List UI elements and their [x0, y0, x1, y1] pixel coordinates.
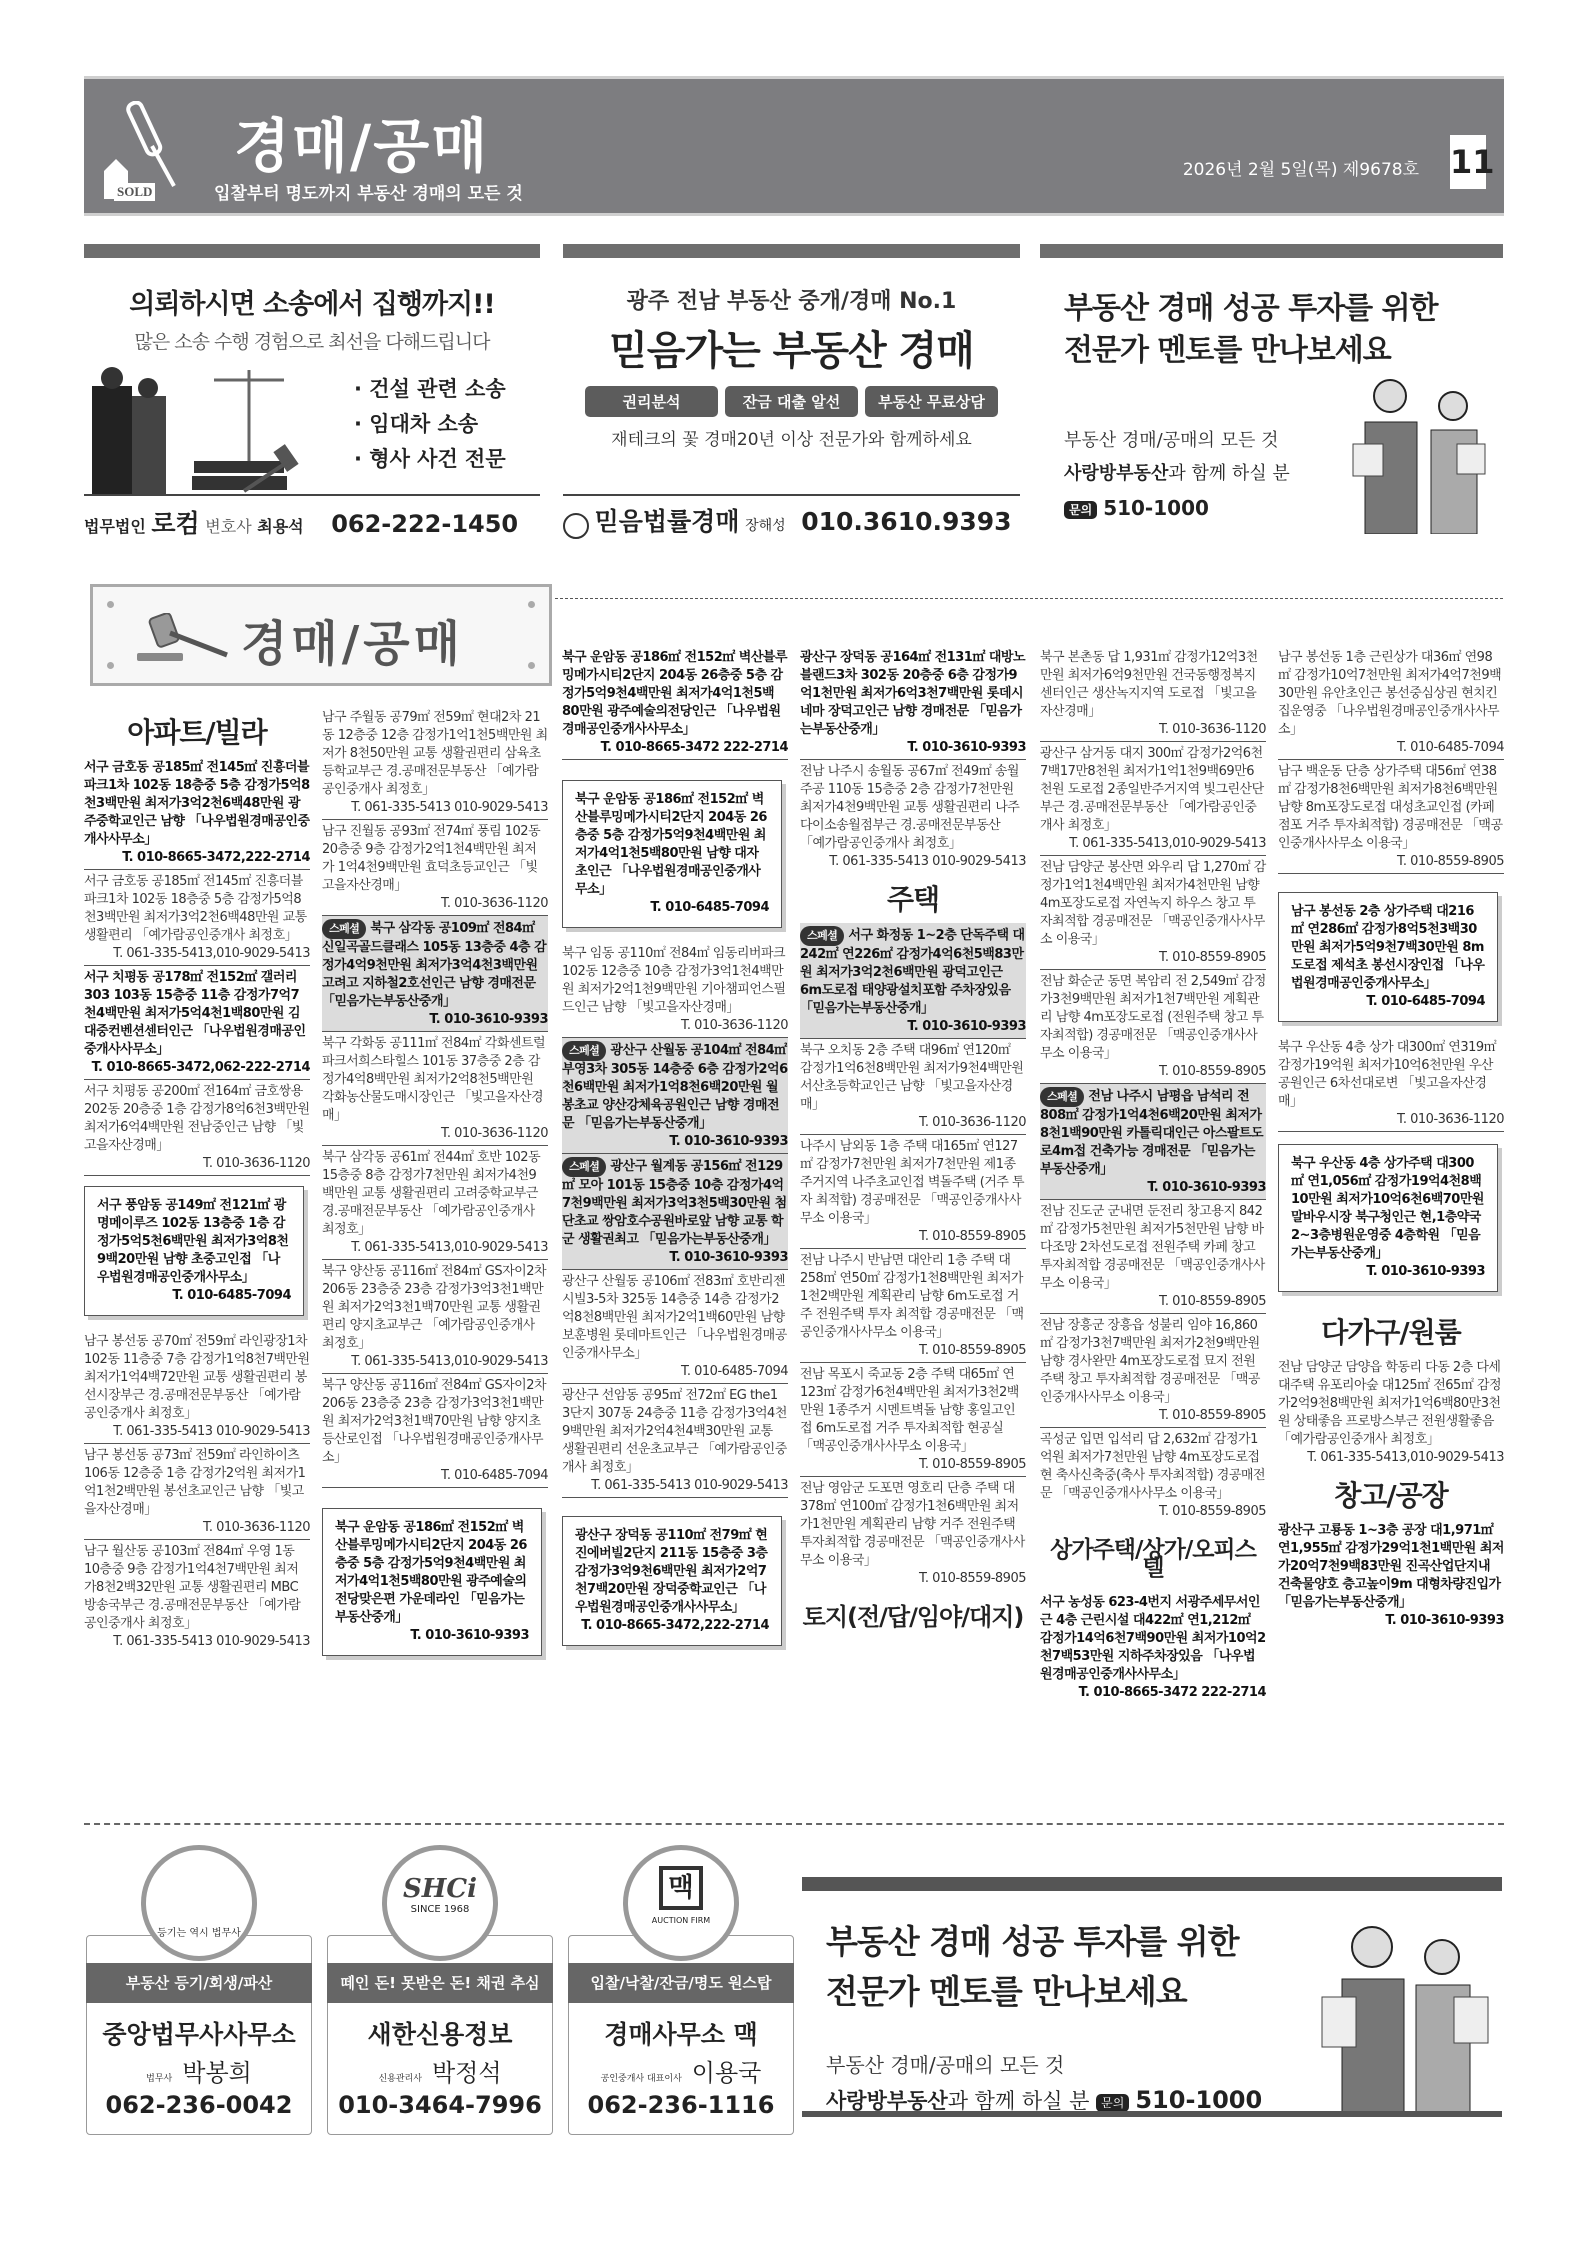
- listing-phone: T. 010-3610-9393: [800, 1018, 1026, 1036]
- boxed-listing[interactable]: 북구 운암동 공186㎡ 전152㎡ 벽산블루밍메가시티2단지 204동 26층…: [562, 780, 782, 928]
- listing-text: 광산구 장덕동 공110㎡ 전79㎡ 현진에버빌2단지 211동 15층중 3층…: [575, 1528, 767, 1615]
- listing-phone: T. 010-3636-1120: [322, 895, 548, 913]
- listing[interactable]: 남구 봉선동 공73㎡ 전59㎡ 라인하이츠 106동 12층중 1층 감정가2…: [84, 1444, 310, 1540]
- listing-text: 남구 봉선동 공73㎡ 전59㎡ 라인하이츠 106동 12층중 1층 감정가2…: [84, 1448, 305, 1517]
- listing[interactable]: 서구 치평동 공200㎡ 전164㎡ 금호쌍용 202동 20층중 1층 감정가…: [84, 1080, 310, 1176]
- listing-text: 북구 운암동 공186㎡ 전152㎡ 벽산블루밍메가시티2단지 204동 26층…: [335, 1520, 527, 1625]
- listing-phone: T. 010-3610-9393: [335, 1627, 529, 1645]
- listing-phone: T. 010-6485-7094: [97, 1287, 291, 1305]
- special-badge: 스페셜: [800, 926, 844, 946]
- person-name: 장해성: [745, 518, 786, 534]
- special-badge: 스페셜: [322, 919, 366, 939]
- listing-phone: T. 010-3636-1120: [322, 1125, 548, 1143]
- listing-text: 전남 화순군 동면 복암리 전 2,549㎡ 감정가3천9백만원 최저가1천7백…: [1040, 974, 1266, 1061]
- inquiry-badge: 문의: [1096, 2094, 1129, 2112]
- rights-analysis-button[interactable]: 권리분석: [585, 386, 718, 417]
- service-item: · 임대차 소송: [354, 407, 506, 442]
- listing-phone: T. 010-6485-7094: [1291, 993, 1485, 1011]
- special-listing[interactable]: 스페셜광산구 산월동 공104㎡ 전84㎡ 부영3차 305동 14층중 6층 …: [562, 1038, 788, 1154]
- card-phone[interactable]: 010-3464-7996: [327, 2091, 553, 2119]
- ad-card-jungang[interactable]: 등기는 역시 법무사 부동산 등기/회생/파산 중앙법무사사무소 법무사박봉희 …: [86, 1895, 312, 2135]
- ad-top-bar: [84, 244, 540, 258]
- card-band: 입찰/낙찰/잔금/명도 원스탑: [568, 1963, 794, 2003]
- card-band: 떼인 돈! 못받은 돈! 채권 추심: [327, 1963, 553, 2003]
- logo-sub: SINCE 1968: [387, 1904, 493, 1915]
- mentors-illustration: [1312, 1917, 1492, 2117]
- ad-tagline: 재테크의 꽃 경매20년 이상 전문가와 함께하세요: [563, 425, 1020, 450]
- service-buttons: 권리분석 잔금 대출 알선 부동산 무료상담: [563, 386, 1020, 417]
- listing-text: 북구 본촌동 답 1,931㎡ 감정가12억3천만원 최저가6억9천만원 건국동…: [1040, 650, 1258, 719]
- listing-text: 남구 월산동 공103㎡ 전84㎡ 우영 1동 10층중 9층 감정가1억4천7…: [84, 1544, 300, 1631]
- listing-text: 남구 봉선동 1층 근린상가 대36㎡ 연98㎡ 감정가10억7천만원 최저가4…: [1278, 650, 1501, 737]
- logo-text: SHCi: [387, 1874, 493, 1904]
- page-number: 11: [1450, 135, 1486, 189]
- listing-phone: T. 010-3636-1120: [84, 1519, 310, 1537]
- headline-line: 전문가 멘토를 만나보세요: [826, 1967, 1239, 2017]
- listing-phone: T. 010-6485-7094: [322, 1467, 548, 1485]
- listing-text: 북구 우산동 4층 상가주택 대300㎡ 연1,056㎡ 감정가19억4천8백1…: [1291, 1156, 1484, 1261]
- listing-text: 전남 나주시 송월동 공67㎡ 전49㎡ 송월주공 110동 15층중 2층 감…: [800, 764, 1019, 851]
- listing[interactable]: 전남 진도군 군내면 둔전리 창고용지 842㎡ 감정가5천만원 최저가5천만원…: [1040, 1200, 1266, 1314]
- listing-text: 전남 진도군 군내면 둔전리 창고용지 842㎡ 감정가5천만원 최저가5천만원…: [1040, 1204, 1265, 1291]
- listing-text: 북구 운암동 공186㎡ 전152㎡ 벽산블루밍메가시티2단지 204동 26층…: [575, 792, 767, 897]
- section-header-title: 경매/공매: [241, 605, 464, 674]
- column-commercial: 남구 봉선동 1층 근린상가 대36㎡ 연98㎡ 감정가10억7천만원 최저가4…: [1278, 646, 1504, 1632]
- firm-name: 믿음법률경매: [595, 507, 740, 536]
- rep-name: 이용국: [692, 2059, 762, 2087]
- brand: 사랑방부동산: [826, 2089, 948, 2113]
- listing-text: 전남 담양군 봉산면 와우리 답 1,270㎡ 감정가1억1천4백만원 최저가4…: [1040, 860, 1266, 947]
- listing-text: 서구 농성동 623-4번지 서광주세무서인근 4층 근린시설 대422㎡ 연1…: [1040, 1595, 1266, 1682]
- listing-phone: T. 010-3610-9393: [1291, 1263, 1485, 1281]
- listing-phone: T. 061-335-5413 010-9029-5413: [800, 853, 1026, 871]
- listing[interactable]: 북구 각화동 공111㎡ 전84㎡ 각화센트럴파크서희스타힐스 101동 37층…: [322, 1032, 548, 1146]
- listing-text: 광산구 삼거동 대지 300㎡ 감정가2억6천7백17만8천원 최저가1억1천9…: [1040, 746, 1264, 833]
- boxed-listing[interactable]: 북구 운암동 공186㎡ 전152㎡ 벽산블루밍메가시티2단지 204동 26층…: [322, 1508, 542, 1656]
- ad-sarangbang[interactable]: 부동산 경매 성공 투자를 위한 전문가 멘토를 만나보세요 부동산 경매/공매…: [1040, 244, 1503, 536]
- phone-number[interactable]: 510-1000: [1135, 2086, 1262, 2114]
- headline-line: 부동산 경매 성공 투자를 위한: [1064, 288, 1503, 330]
- category-heading: 토지(전/답/임야/대지): [800, 1590, 1026, 1640]
- listing-text: 나주시 남외동 1층 주택 대165㎡ 연127㎡ 감정가7천만원 최저가7천만…: [800, 1139, 1024, 1226]
- listing-text: 서구 치평동 공178㎡ 전152㎡ 갤러리303 103동 15층중 11층 …: [84, 970, 306, 1057]
- column-apartments-2: 남구 주월동 공79㎡ 전59㎡ 현대2차 21동 12층중 12층 감정가1억…: [322, 706, 548, 1670]
- special-badge: 스페셜: [562, 1157, 606, 1177]
- card-rep: 법무사박봉희: [86, 2053, 312, 2088]
- ad-line: 부동산 경매/공매의 모든 것: [826, 2049, 1064, 2078]
- firm-name: 로컴: [151, 509, 199, 538]
- special-listing[interactable]: 스페셜북구 삼각동 공109㎡ 전84㎡ 신일곡골드클래스 105동 13층중 …: [322, 916, 548, 1032]
- consult-illustration-icon: 등기는 역시 법무사: [141, 1845, 257, 1961]
- rep-role: 법무사: [146, 2074, 172, 2084]
- listing-text: 북구 운암동 공186㎡ 전152㎡ 벽산블루밍메가시티2단지 204동 26층…: [562, 650, 787, 737]
- mentors-illustration: [1345, 374, 1495, 534]
- ad-top-bar: [802, 1877, 1502, 1891]
- card-rep: 공인중개사 대표이사이용국: [568, 2053, 794, 2088]
- listing-phone: T. 010-8559-8905: [1040, 1503, 1266, 1521]
- listing-phone: T. 010-8559-8905: [1278, 853, 1504, 871]
- listing-phone: T. 010-8559-8905: [800, 1570, 1026, 1588]
- rep-role: 신용관리사: [378, 2074, 421, 2084]
- circle-caption: 등기는 역시 법무사: [146, 1924, 252, 1939]
- ad-line-rest: 과 함께 하실 분: [948, 2089, 1090, 2113]
- phone-number[interactable]: 510-1000: [1103, 496, 1209, 520]
- special-listing[interactable]: 스페셜서구 화정동 1~2층 단독주택 대242㎡ 연226㎡ 감정가4억6천5…: [800, 923, 1026, 1039]
- listing[interactable]: 광산구 삼거동 대지 300㎡ 감정가2억6천7백17만8천원 최저가1억1천9…: [1040, 742, 1266, 856]
- logo-sub: AUCTION FIRM: [628, 1916, 734, 1925]
- ad-headline: 부동산 경매 성공 투자를 위한 전문가 멘토를 만나보세요: [1064, 288, 1503, 372]
- ad-line-rest: 과 함께 하실 분: [1168, 463, 1290, 484]
- listing-phone: T. 010-8665-3472,062-222-2714: [84, 1059, 310, 1077]
- listing-phone: T. 010-3636-1120: [84, 1155, 310, 1173]
- listing-phone: T. 061-335-5413 010-9029-5413: [322, 799, 548, 817]
- listing-phone: T. 010-3636-1120: [562, 1017, 788, 1035]
- issue-date: 2026년 2월 5일(목) 제9678호: [1183, 155, 1419, 180]
- card-phone[interactable]: 062-236-0042: [86, 2091, 312, 2119]
- listing-text: 서구 치평동 공200㎡ 전164㎡ 금호쌍용 202동 20층중 1층 감정가…: [84, 1084, 310, 1153]
- person-name: 최용석: [257, 517, 303, 536]
- listing-phone: T. 061-335-5413 010-9029-5413: [84, 1633, 310, 1651]
- brand: 사랑방부동산: [1064, 463, 1168, 484]
- section-header: 경매/공매: [90, 584, 552, 686]
- listing[interactable]: 전남 목포시 죽교동 2층 주택 대65㎡ 연123㎡ 감정가6천4백만원 최저…: [800, 1363, 1026, 1477]
- ad-mideum-auction[interactable]: 광주 전남 부동산 중개/경매 No.1 믿음가는 부동산 경매 권리분석 잔금…: [563, 244, 1020, 536]
- category-heading: 주택: [800, 873, 1026, 923]
- boxed-listing[interactable]: 북구 우산동 4층 상가주택 대300㎡ 연1,056㎡ 감정가19억4천8백1…: [1278, 1144, 1498, 1292]
- listing[interactable]: 남구 봉선동 공70㎡ 전59㎡ 라인광장1차 102동 11층중 7층 감정가…: [84, 1330, 310, 1444]
- headline-line: 전문가 멘토를 만나보세요: [1064, 330, 1503, 372]
- listing-text: 전남 목포시 죽교동 2층 주택 대65㎡ 연123㎡ 감정가6천4백만원 최저…: [800, 1367, 1019, 1454]
- listing-phone: T. 010-3636-1120: [1278, 1111, 1504, 1129]
- listing-phone: T. 061-335-5413,010-9029-5413: [84, 945, 310, 963]
- listing[interactable]: 북구 양산동 공116㎡ 전84㎡ GS자이2차 206동 23층중 23층 감…: [322, 1260, 548, 1374]
- card-name: 경매사무소 맥: [568, 2015, 794, 2051]
- listing-phone: T. 010-3636-1120: [800, 1114, 1026, 1132]
- listing-text: 전남 담양군 담양읍 학동리 다동 2층 다세대주택 유포리아숲 대125㎡ 전…: [1278, 1360, 1501, 1447]
- ad-card-maek[interactable]: 맥AUCTION FIRM 입찰/낙찰/잔금/명도 원스탑 경매사무소 맥 공인…: [568, 1895, 794, 2135]
- listing[interactable]: 남구 진월동 공93㎡ 전74㎡ 풍림 102동 20층중 9층 감정가2억1천…: [322, 820, 548, 916]
- listing-phone: T. 010-3610-9393: [800, 739, 1026, 757]
- listing[interactable]: 전남 화순군 동면 복암리 전 2,549㎡ 감정가3천9백만원 최저가1천7백…: [1040, 970, 1266, 1084]
- listing-text: 북구 우산동 4층 상가 대300㎡ 연319㎡ 감정가19억원 최저가10억6…: [1278, 1040, 1496, 1109]
- listing-text: 북구 오치동 2층 주택 대96㎡ 연120㎡ 감정가1억6천8백만원 최저가9…: [800, 1043, 1023, 1112]
- ad-headline: 부동산 경매 성공 투자를 위한 전문가 멘토를 만나보세요: [826, 1917, 1239, 2017]
- ad-footer: 법무법인 로컴 변호사 최용석 062-222-1450: [84, 494, 540, 540]
- logo-text: 맥: [659, 1866, 703, 1910]
- listing[interactable]: 광산구 선암동 공95㎡ 전72㎡ EG the1 3단지 307동 24층중 …: [562, 1384, 788, 1498]
- listing-phone: T. 061-335-5413,010-9029-5413: [1278, 1449, 1504, 1467]
- listing-phone: T. 061-335-5413 010-9029-5413: [84, 1423, 310, 1441]
- inquiry-badge: 문의: [1064, 501, 1097, 519]
- listing-phone: T. 010-6485-7094: [575, 899, 769, 917]
- listing[interactable]: 광산구 고룡동 1~3층 공장 대1,971㎡ 연1,955㎡ 감정가29억1천…: [1278, 1519, 1504, 1632]
- listing[interactable]: 북구 임동 공110㎡ 전84㎡ 임동리버파크 102동 12층중 10층 감정…: [562, 942, 788, 1038]
- gavel-icon: [135, 613, 231, 663]
- listing[interactable]: 서구 농성동 623-4번지 서광주세무서인근 4층 근린시설 대422㎡ 연1…: [1040, 1591, 1266, 1704]
- listing[interactable]: 전남 장흥군 장흥읍 성불리 임야 16,860㎡ 감정가3천7백만원 최저가2…: [1040, 1314, 1266, 1428]
- ad-line: 부동산 경매/공매의 모든 것: [1064, 426, 1279, 452]
- loan-button[interactable]: 잔금 대출 알선: [725, 386, 858, 417]
- ad-headline: 의뢰하시면 소송에서 집행까지!!: [84, 282, 540, 321]
- bottom-divider: [84, 1823, 1504, 1825]
- listing-phone: T. 010-3636-1120: [1040, 721, 1266, 739]
- listing[interactable]: 광산구 장덕동 공164㎡ 전131㎡ 대방노블랜드3차 302동 20층중 6…: [800, 646, 1026, 760]
- listing[interactable]: 북구 본촌동 답 1,931㎡ 감정가12억3천만원 최저가6억9천만원 건국동…: [1040, 646, 1266, 742]
- listing[interactable]: 전남 담양군 담양읍 학동리 다동 2층 다세대주택 유포리아숲 대125㎡ 전…: [1278, 1356, 1504, 1469]
- rep-role: 공인중개사 대표이사: [601, 2074, 682, 2084]
- listing-text: 서구 풍암동 공149㎡ 전121㎡ 광명메이루즈 102동 13층중 1층 감…: [97, 1198, 288, 1285]
- listing[interactable]: 곡성군 입면 입석리 답 2,632㎡ 감정가1억원 최저가7천만원 남향 4m…: [1040, 1428, 1266, 1523]
- free-consult-button[interactable]: 부동산 무료상담: [865, 386, 998, 417]
- section-subtitle: 입찰부터 명도까지 부동산 경매의 모든 것: [214, 179, 523, 204]
- ad-sarangbang-bottom[interactable]: 부동산 경매 성공 투자를 위한 전문가 멘토를 만나보세요 부동산 경매/공매…: [802, 1877, 1502, 2117]
- column-houses: 광산구 장덕동 공164㎡ 전131㎡ 대방노블랜드3차 302동 20층중 6…: [800, 646, 1026, 1640]
- listing-text: 남구 진월동 공93㎡ 전74㎡ 풍림 102동 20층중 9층 감정가2억1천…: [322, 824, 540, 893]
- category-heading: 다가구/원룸: [1278, 1306, 1504, 1356]
- listing-text: 광산구 산월동 공106㎡ 전83㎡ 호반리젠시빌3-5차 325동 14층중 …: [562, 1274, 787, 1361]
- special-badge: 스페셜: [1040, 1087, 1084, 1107]
- listing-text: 남구 주월동 공79㎡ 전59㎡ 현대2차 21동 12층중 12층 감정가1억…: [322, 710, 548, 797]
- service-item: · 형사 사건 전문: [354, 442, 506, 477]
- listing-phone: T. 010-8665-3472 222-2714: [1040, 1684, 1266, 1702]
- listing-phone: T. 010-8559-8905: [1040, 1293, 1266, 1311]
- listing-phone: T. 010-8665-3472 222-2714: [562, 739, 788, 757]
- listing-text: 북구 각화동 공111㎡ 전84㎡ 각화센트럴파크서희스타힐스 101동 37층…: [322, 1036, 545, 1123]
- listing[interactable]: 남구 봉선동 1층 근린상가 대36㎡ 연98㎡ 감정가10억7천만원 최저가4…: [1278, 646, 1504, 760]
- listing[interactable]: 전남 영암군 도포면 영호리 단층 주택 대378㎡ 연100㎡ 감정가1천6백…: [800, 1477, 1026, 1590]
- category-heading: 창고/공장: [1278, 1469, 1504, 1519]
- listing[interactable]: 광산구 산월동 공106㎡ 전83㎡ 호반리젠시빌3-5차 325동 14층중 …: [562, 1270, 788, 1384]
- listing-phone: T. 061-335-5413,010-9029-5413: [1040, 835, 1266, 853]
- firm-prefix: 법무법인: [84, 517, 146, 536]
- listing-phone: T. 010-6485-7094: [562, 1363, 788, 1381]
- card-name: 새한신용정보: [327, 2015, 553, 2051]
- listing[interactable]: 북구 우산동 4층 상가 대300㎡ 연319㎡ 감정가19억원 최저가10억6…: [1278, 1036, 1504, 1132]
- special-badge: 스페셜: [562, 1041, 606, 1061]
- listing-text: 광산구 장덕동 공164㎡ 전131㎡ 대방노블랜드3차 302동 20층중 6…: [800, 650, 1025, 737]
- masthead: 경매/공매 SOLD 입찰부터 명도까지 부동산 경매의 모든 것 2026년 …: [84, 76, 1504, 216]
- listing[interactable]: 북구 양산동 공116㎡ 전84㎡ GS자이2차 206동 23층중 23층 감…: [322, 1374, 548, 1488]
- card-band: 부동산 등기/회생/파산: [86, 1963, 312, 2003]
- ad-headline: 믿음가는 부동산 경매: [563, 319, 1020, 376]
- listing[interactable]: 남구 월산동 공103㎡ 전84㎡ 우영 1동 10층중 9층 감정가1억4천7…: [84, 1540, 310, 1653]
- boxed-listing[interactable]: 광산구 장덕동 공110㎡ 전79㎡ 현진에버빌2단지 211동 15층중 3층…: [562, 1516, 782, 1646]
- listing[interactable]: 전남 담양군 봉산면 와우리 답 1,270㎡ 감정가1억1천4백만원 최저가4…: [1040, 856, 1266, 970]
- ad-footer: 믿음법률경매 장해성 010.3610.9393: [563, 494, 1020, 539]
- ad-line: 사랑방부동산과 함께 하실 분: [1064, 459, 1290, 485]
- inquiry-line: 문의510-1000: [1064, 496, 1209, 520]
- listing-text: 곡성군 입면 입석리 답 2,632㎡ 감정가1억원 최저가7천만원 남향 4m…: [1040, 1432, 1265, 1501]
- column-land: 북구 본촌동 답 1,931㎡ 감정가12억3천만원 최저가6억9천만원 건국동…: [1040, 646, 1266, 1704]
- listing-phone: T. 010-8559-8905: [800, 1228, 1026, 1246]
- listing-text: 서구 금호동 공185㎡ 전145㎡ 진흥더블파크1차 102동 18층중 5층…: [84, 874, 307, 943]
- listing-phone: T. 010-3610-9393: [1278, 1612, 1504, 1630]
- listing-text: 남구 백운동 단층 상가주택 대56㎡ 연38㎡ 감정가8천6백만원 최저가8천…: [1278, 764, 1503, 851]
- listing-text: 북구 양산동 공116㎡ 전84㎡ GS자이2차 206동 23층중 23층 감…: [322, 1264, 546, 1351]
- listing-text: 북구 삼각동 공61㎡ 전44㎡ 호반 102동 15층중 8층 감정가7천만원…: [322, 1150, 540, 1237]
- ad-bottom-bar: [802, 2111, 1502, 2117]
- listing-phone: T. 010-8559-8905: [800, 1456, 1026, 1474]
- listing[interactable]: 서구 금호동 공185㎡ 전145㎡ 진흥더블파크1차 102동 18층중 5층…: [84, 870, 310, 966]
- listing-phone: T. 010-8665-3472,222-2714: [575, 1617, 769, 1635]
- divider: [555, 598, 1503, 599]
- listing[interactable]: 나주시 남외동 1층 주택 대165㎡ 연127㎡ 감정가7천만원 최저가7천만…: [800, 1135, 1026, 1249]
- column-apartments-3: 북구 운암동 공186㎡ 전152㎡ 벽산블루밍메가시티2단지 204동 26층…: [562, 646, 788, 1660]
- ad-kicker: 광주 전남 부동산 중개/경매 No.1: [563, 284, 1020, 315]
- boxed-listing[interactable]: 서구 풍암동 공149㎡ 전121㎡ 광명메이루즈 102동 13층중 1층 감…: [84, 1186, 304, 1316]
- listing-phone: T. 010-8559-8905: [1040, 1407, 1266, 1425]
- listing-phone: T. 010-3610-9393: [562, 1133, 788, 1151]
- listing-text: 북구 임동 공110㎡ 전84㎡ 임동리버파크 102동 12층중 10층 감정…: [562, 946, 786, 1015]
- listing-text: 광산구 고룡동 1~3층 공장 대1,971㎡ 연1,955㎡ 감정가29억1천…: [1278, 1523, 1504, 1610]
- special-listing[interactable]: 스페셜광산구 월계동 공156㎡ 전129㎡ 모아 101동 15층중 10층 …: [562, 1154, 788, 1270]
- headline-line: 부동산 경매 성공 투자를 위한: [826, 1917, 1239, 1967]
- listing[interactable]: 남구 백운동 단층 상가주택 대56㎡ 연38㎡ 감정가8천6백만원 최저가8천…: [1278, 760, 1504, 874]
- phone-number[interactable]: 062-222-1450: [331, 510, 518, 538]
- listing-phone: T. 010-6485-7094: [1278, 739, 1504, 757]
- listing[interactable]: 전남 나주시 반남면 대안리 1층 주택 대258㎡ 연50㎡ 감정가1천8백만…: [800, 1249, 1026, 1363]
- listing-phone: T. 010-3610-9393: [1040, 1179, 1266, 1197]
- listing-phone: T. 010-8665-3472,222-2714: [84, 849, 310, 867]
- listing[interactable]: 남구 주월동 공79㎡ 전59㎡ 현대2차 21동 12층중 12층 감정가1억…: [322, 706, 548, 820]
- column-apartments-1: 아파트/빌라 서구 금호동 공185㎡ 전145㎡ 진흥더블파크1차 102동 …: [84, 706, 310, 1653]
- card-phone[interactable]: 062-236-1116: [568, 2091, 794, 2119]
- listing-text: 전남 영암군 도포면 영호리 단층 주택 대378㎡ 연100㎡ 감정가1천6백…: [800, 1481, 1025, 1568]
- phone-number[interactable]: 010.3610.9393: [801, 507, 1011, 536]
- ad-top-bar: [1040, 244, 1503, 258]
- listing[interactable]: 서구 금호동 공185㎡ 전145㎡ 진흥더블파크1차 102동 18층중 5층…: [84, 756, 310, 870]
- service-list: · 건설 관련 소송 · 임대차 소송 · 형사 사건 전문: [354, 372, 506, 477]
- listing-phone: T. 010-8559-8905: [1040, 1063, 1266, 1081]
- listing-text: 전남 나주시 반남면 대안리 1층 주택 대258㎡ 연50㎡ 감정가1천8백만…: [800, 1253, 1024, 1340]
- shci-logo-icon: SHCiSINCE 1968: [382, 1845, 498, 1961]
- listing[interactable]: 전남 나주시 송월동 공67㎡ 전49㎡ 송월주공 110동 15층중 2층 감…: [800, 760, 1026, 873]
- emblem-icon: [563, 513, 589, 539]
- listing-text: 남구 봉선동 공70㎡ 전59㎡ 라인광장1차 102동 11층중 7층 감정가…: [84, 1334, 310, 1421]
- role: 변호사: [205, 517, 251, 536]
- rep-name: 박봉희: [182, 2059, 252, 2087]
- rep-name: 박정석: [432, 2059, 502, 2087]
- listing[interactable]: 서구 치평동 공178㎡ 전152㎡ 갤러리303 103동 15층중 11층 …: [84, 966, 310, 1080]
- card-name: 중앙법무사사무소: [86, 2015, 312, 2051]
- listing-phone: T. 061-335-5413 010-9029-5413: [562, 1477, 788, 1495]
- category-heading: 상가주택/상가/오피스텔: [1040, 1523, 1266, 1591]
- listing[interactable]: 북구 삼각동 공61㎡ 전44㎡ 호반 102동 15층중 8층 감정가7천만원…: [322, 1146, 548, 1260]
- sold-badge: SOLD: [114, 183, 155, 201]
- maek-logo-icon: 맥AUCTION FIRM: [623, 1845, 739, 1961]
- listing[interactable]: 북구 운암동 공186㎡ 전152㎡ 벽산블루밍메가시티2단지 204동 26층…: [562, 646, 788, 760]
- listing-phone: T. 061-335-5413,010-9029-5413: [322, 1353, 548, 1371]
- boxed-listing[interactable]: 남구 봉선동 2층 상가주택 대216㎡ 연286㎡ 감정가8억5천3백30만원…: [1278, 892, 1498, 1022]
- listing-phone: T. 010-3610-9393: [322, 1011, 548, 1029]
- card-rep: 신용관리사박정석: [327, 2053, 553, 2088]
- listing-phone: T. 010-3610-9393: [562, 1249, 788, 1267]
- ad-top-bar: [563, 244, 1020, 258]
- listing-text: 광산구 선암동 공95㎡ 전72㎡ EG the1 3단지 307동 24층중 …: [562, 1388, 787, 1475]
- listing-text: 남구 봉선동 2층 상가주택 대216㎡ 연286㎡ 감정가8억5천3백30만원…: [1291, 904, 1484, 991]
- listing-phone: T. 061-335-5413,010-9029-5413: [322, 1239, 548, 1257]
- lawyers-scales-illustration: [84, 366, 334, 494]
- section-title: 경매/공매: [234, 99, 489, 183]
- category-heading: 아파트/빌라: [84, 706, 310, 756]
- service-item: · 건설 관련 소송: [354, 372, 506, 407]
- listing[interactable]: 북구 오치동 2층 주택 대96㎡ 연120㎡ 감정가1억6천8백만원 최저가9…: [800, 1039, 1026, 1135]
- ad-card-saehan[interactable]: SHCiSINCE 1968 떼인 돈! 못받은 돈! 채권 추심 새한신용정보…: [327, 1895, 553, 2135]
- ad-lawfirm[interactable]: 의뢰하시면 소송에서 집행까지!! 많은 소송 수행 경험으로 최선을 다해드립…: [84, 244, 540, 536]
- listing-phone: T. 010-8559-8905: [800, 1342, 1026, 1360]
- listing-phone: T. 010-8559-8905: [1040, 949, 1266, 967]
- listing-text: 서구 금호동 공185㎡ 전145㎡ 진흥더블파크1차 102동 18층중 5층…: [84, 760, 310, 847]
- ad-subheadline: 많은 소송 수행 경험으로 최선을 다해드립니다: [84, 327, 540, 354]
- listing-text: 북구 양산동 공116㎡ 전84㎡ GS자이2차 206동 23층중 23층 감…: [322, 1378, 546, 1465]
- listing-text: 전남 장흥군 장흥읍 성불리 임야 16,860㎡ 감정가3천7백만원 최저가2…: [1040, 1318, 1260, 1405]
- special-listing[interactable]: 스페셜전남 나주시 남평읍 남석리 전 808㎡ 감정가1억4천6백20만원 최…: [1040, 1084, 1266, 1200]
